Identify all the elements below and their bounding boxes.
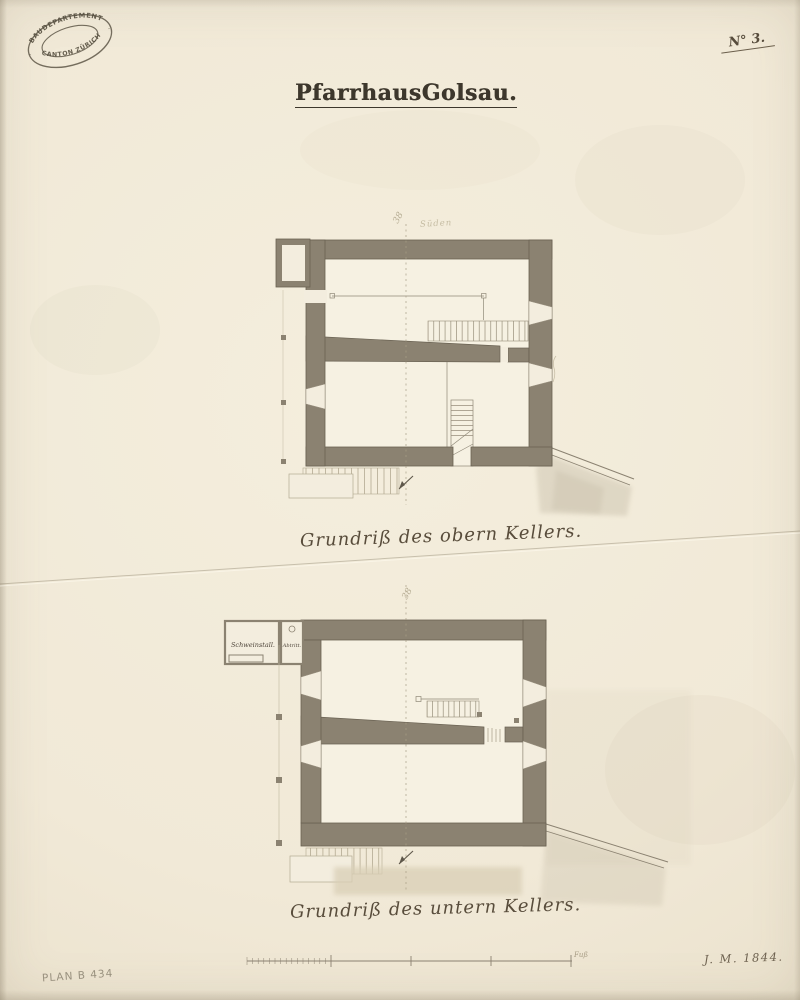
svg-text:CANTON ZÜRICH: CANTON ZÜRICH	[39, 31, 105, 65]
archive-mark: PLAN B 434	[42, 968, 114, 985]
wall-east-lower	[523, 620, 546, 846]
annex-upper-plan	[276, 239, 310, 287]
wall-south-upper-right	[471, 447, 552, 466]
sheet-title: Pfarrhaus Golsau.	[295, 80, 517, 108]
porch-posts-lower	[276, 645, 282, 846]
wall-north-lower	[301, 620, 546, 640]
orientation-note-upper: Süden	[420, 218, 453, 230]
scale-unit-label: Fuß	[574, 951, 588, 959]
signature-date: J. M. 1844.	[704, 950, 784, 967]
baudepartement-stamp: BAUDEPARTEMENT CANTON ZÜRICH - -	[11, 0, 129, 87]
upper-cellar-floor-plan	[260, 210, 650, 520]
title-word-golsau: Golsau.	[422, 80, 518, 106]
stamp-text-bottom: CANTON ZÜRICH	[39, 31, 105, 65]
wall-east-upper	[529, 240, 552, 466]
wall-west-lower	[301, 640, 321, 823]
wall-north-upper	[306, 240, 552, 259]
scanned-plan-sheet: BAUDEPARTEMENT CANTON ZÜRICH - - N° 3. P…	[0, 0, 800, 1000]
scale-bar	[240, 945, 585, 975]
lower-cellar-floor-plan	[200, 575, 700, 915]
room-label-schweinstall: Schweinstall.	[227, 641, 279, 649]
porch-posts-upper	[281, 290, 286, 464]
stamp-ornament-left: -	[28, 51, 32, 58]
wall-south-upper-left	[306, 447, 453, 466]
room-label-abtritt: Abtritt.	[281, 643, 303, 649]
plan-number: N° 3.	[719, 29, 775, 53]
title-word-pfarrhaus: Pfarrhaus	[295, 80, 422, 106]
exterior-steps-upper	[289, 468, 399, 498]
faint-margin-squiggle	[553, 356, 556, 382]
wall-south-lower	[301, 823, 546, 846]
caption-upper-cellar: Grundriß des obern Kellers.	[300, 521, 561, 551]
